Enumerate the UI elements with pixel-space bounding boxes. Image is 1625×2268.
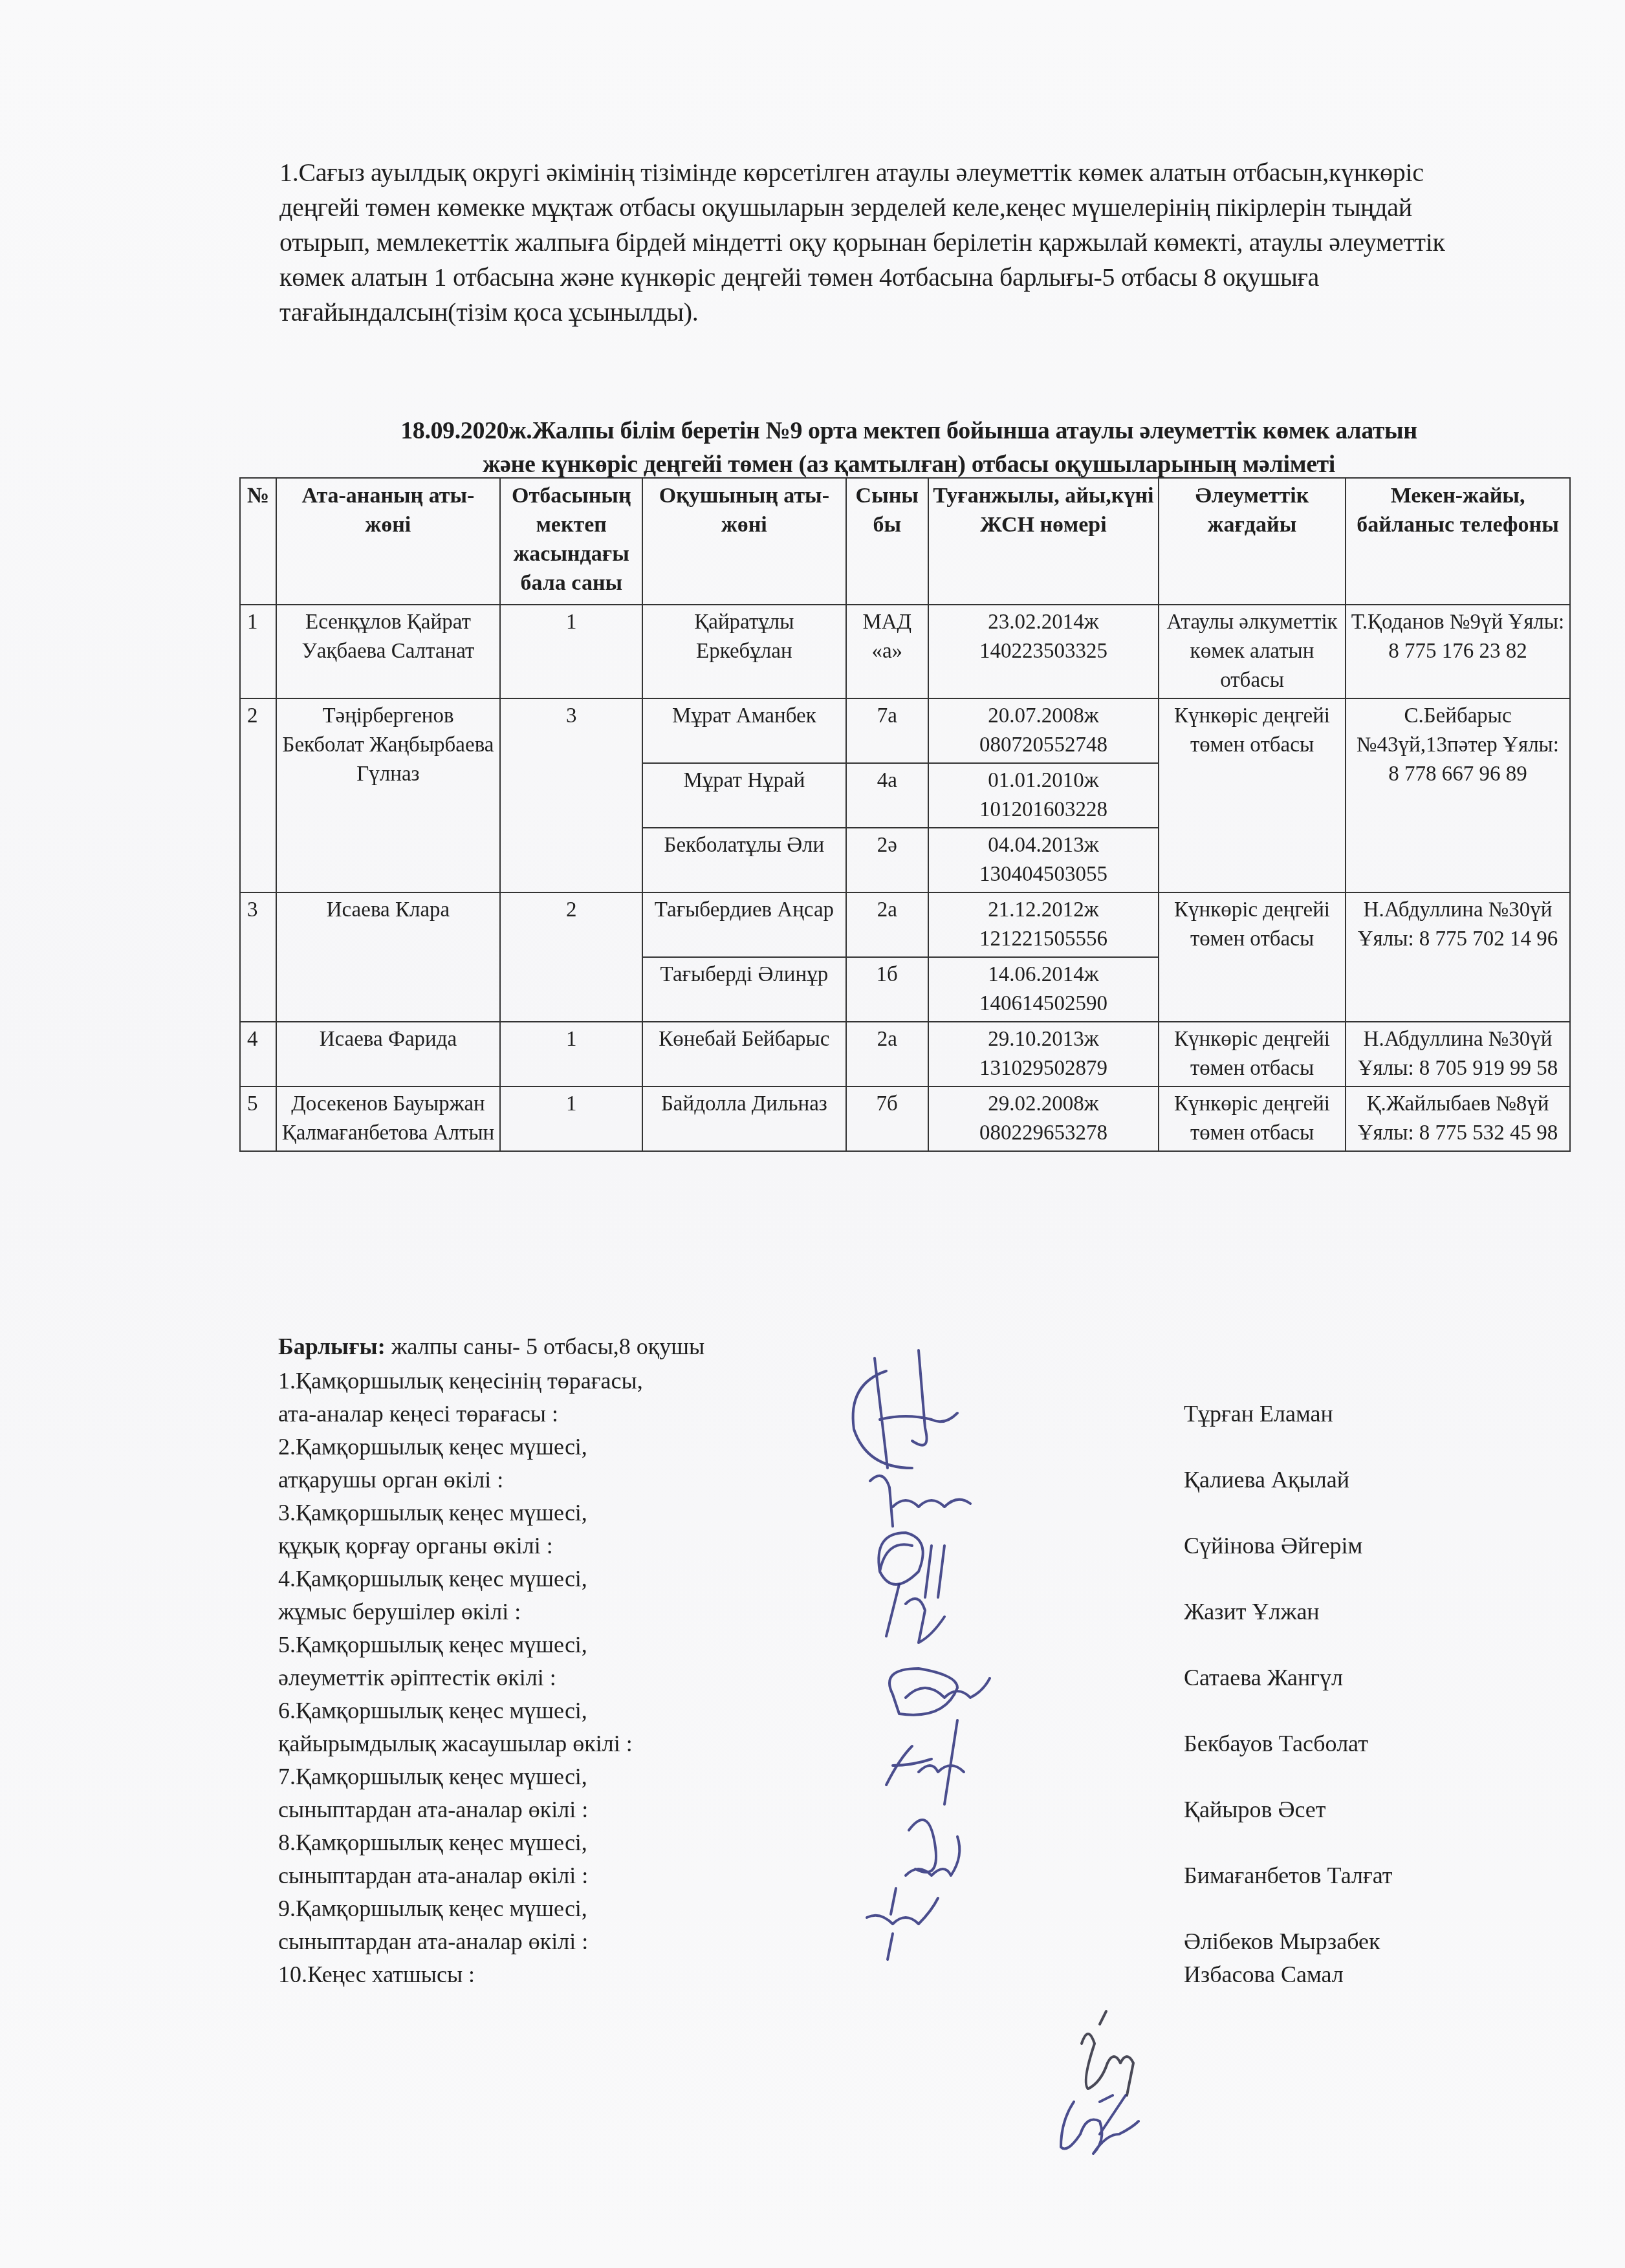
header-birth-iin: Туғанжылы, айы,күні ЖСН нөмері xyxy=(928,478,1159,605)
cell-birth-iin: 23.02.2014ж 140223503325 xyxy=(928,605,1159,698)
signer-name: Бекбауов Тасболат xyxy=(1184,1727,1368,1760)
cell-social-status: Күнкөріс деңгейі төмен отбасы xyxy=(1159,1022,1346,1086)
signer-role: 7.Қамқоршылық кеңес мүшесі, xyxy=(278,1760,1507,1793)
signer-name: Қайыров Әсет xyxy=(1184,1793,1326,1826)
cell-children-count: 1 xyxy=(500,1086,642,1151)
signer-row: 6.Қамқоршылық кеңес мүшесі,қайырымдылық … xyxy=(278,1694,1507,1760)
totals-label: Барлығы: xyxy=(278,1334,386,1359)
signer-row: 7.Қамқоршылық кеңес мүшесі,сыныптардан а… xyxy=(278,1760,1507,1826)
signer-role: 6.Қамқоршылық кеңес мүшесі, xyxy=(278,1694,1507,1727)
cell-grade: 2ә xyxy=(846,828,928,892)
signer-role: 5.Қамқоршылық кеңес мүшесі, xyxy=(278,1628,1507,1661)
cell-parents: Досекенов Бауыржан Қалмағанбетова Алтын xyxy=(276,1086,501,1151)
cell-grade: 7б xyxy=(846,1086,928,1151)
cell-address: С.Бейбарыс №43үй,13пәтер Ұялы: 8 778 667… xyxy=(1346,698,1570,892)
signer-row: 1.Қамқоршылық кеңесінің төрағасы,ата-ана… xyxy=(278,1365,1507,1431)
intro-paragraph: 1.Сағыз ауылдық округі әкімінің тізімінд… xyxy=(279,155,1496,330)
totals-line: Барлығы: жалпы саны- 5 отбасы,8 оқушы xyxy=(278,1331,704,1362)
cell-student-name: Көнебай Бейбарыс xyxy=(642,1022,846,1086)
signer-name: Қалиева Ақылай xyxy=(1184,1463,1349,1496)
signer-row: 9.Қамқоршылық кеңес мүшесі,сыныптардан а… xyxy=(278,1892,1507,1958)
signer-name: Избасова Самал xyxy=(1184,1958,1344,1991)
cell-grade: МАД «а» xyxy=(846,605,928,698)
cell-student-name: Бекболатұлы Әли xyxy=(642,828,846,892)
cell-student-name: Тағыберді Әлинұр xyxy=(642,957,846,1022)
signer-role: 1.Қамқоршылық кеңесінің төрағасы, xyxy=(278,1365,1507,1398)
signer-role: 9.Қамқоршылық кеңес мүшесі, xyxy=(278,1892,1507,1925)
table-title-line-2: және күнкөріс деңгейі төмен (аз қамтылға… xyxy=(246,448,1572,481)
header-parents: Ата-ананың аты-жөні xyxy=(276,478,501,605)
signers-list: 1.Қамқоршылық кеңесінің төрағасы,ата-ана… xyxy=(278,1365,1507,1991)
cell-social-status: Күнкөріс деңгейі төмен отбасы xyxy=(1159,698,1346,892)
cell-social-status: Күнкөріс деңгейі төмен отбасы xyxy=(1159,892,1346,1022)
table-row: 4Исаева Фарида1Көнебай Бейбарыс2а29.10.2… xyxy=(240,1022,1570,1086)
signer-row: 8.Қамқоршылық кеңес мүшесі,сыныптардан а… xyxy=(278,1826,1507,1892)
cell-children-count: 1 xyxy=(500,605,642,698)
cell-parents: Исаева Клара xyxy=(276,892,501,1022)
cell-grade: 2а xyxy=(846,892,928,957)
table-title-line-1: 18.09.2020ж.Жалпы білім беретін №9 орта … xyxy=(246,414,1572,448)
header-address: Мекен-жайы, байланыс телефоны xyxy=(1346,478,1570,605)
cell-grade: 1б xyxy=(846,957,928,1022)
cell-parents: Исаева Фарида xyxy=(276,1022,501,1086)
cell-no: 2 xyxy=(240,698,276,892)
signer-name: Әлібеков Мырзабек xyxy=(1184,1925,1380,1958)
table-header-row: № Ата-ананың аты-жөні Отбасының мектеп ж… xyxy=(240,478,1570,605)
cell-birth-iin: 01.01.2010ж 101201603228 xyxy=(928,763,1159,828)
cell-social-status: Күнкөріс деңгейі төмен отбасы xyxy=(1159,1086,1346,1151)
cell-grade: 2а xyxy=(846,1022,928,1086)
cell-address: Н.Абдуллина №30үй Ұялы: 8 775 702 14 96 xyxy=(1346,892,1570,1022)
table-row: 3Исаева Клара2Тағыбердиев Аңсар2а21.12.2… xyxy=(240,892,1570,957)
students-table: № Ата-ананың аты-жөні Отбасының мектеп ж… xyxy=(239,477,1571,1152)
cell-student-name: Қайратұлы Еркебұлан xyxy=(642,605,846,698)
signer-name: Сатаева Жангүл xyxy=(1184,1661,1343,1694)
signature-icon xyxy=(1082,2011,1133,2095)
header-social-status: Әлеуметтік жағдайы xyxy=(1159,478,1346,605)
table-row: 1Есенқұлов Қайрат Уақбаева Салтанат1Қайр… xyxy=(240,605,1570,698)
signer-role: 8.Қамқоршылық кеңес мүшесі, xyxy=(278,1826,1507,1859)
cell-student-name: Тағыбердиев Аңсар xyxy=(642,892,846,957)
cell-grade: 4а xyxy=(846,763,928,828)
cell-student-name: Мұрат Аманбек xyxy=(642,698,846,763)
signer-row: 5.Қамқоршылық кеңес мүшесі,әлеуметтік әр… xyxy=(278,1628,1507,1694)
table-title: 18.09.2020ж.Жалпы білім беретін №9 орта … xyxy=(246,414,1572,481)
cell-social-status: Атаулы әлкуметтік көмек алатын отбасы xyxy=(1159,605,1346,698)
cell-no: 3 xyxy=(240,892,276,1022)
signer-name: Бимағанбетов Талғат xyxy=(1184,1859,1392,1892)
table-body: 1Есенқұлов Қайрат Уақбаева Салтанат1Қайр… xyxy=(240,605,1570,1151)
signer-row: 2.Қамқоршылық кеңес мүшесі,атқарушы орга… xyxy=(278,1431,1507,1496)
signer-role-detail: жұмыс берушілер өкілі : xyxy=(278,1595,1507,1628)
cell-children-count: 2 xyxy=(500,892,642,1022)
signer-role: 2.Қамқоршылық кеңес мүшесі, xyxy=(278,1431,1507,1463)
cell-address: Т.Қоданов №9үй Ұялы: 8 775 176 23 82 xyxy=(1346,605,1570,698)
cell-birth-iin: 21.12.2012ж 121221505556 xyxy=(928,892,1159,957)
signer-row: 10.Кеңес хатшысы :Избасова Самал xyxy=(278,1958,1507,1991)
header-no: № xyxy=(240,478,276,605)
signature-icon xyxy=(1061,2095,1139,2154)
cell-student-name: Байдолла Дильназ xyxy=(642,1086,846,1151)
cell-children-count: 1 xyxy=(500,1022,642,1086)
signer-name: Тұрған Еламан xyxy=(1184,1398,1333,1431)
table-row: 5Досекенов Бауыржан Қалмағанбетова Алтын… xyxy=(240,1086,1570,1151)
header-grade: Сыныбы xyxy=(846,478,928,605)
cell-parents: Тәңірбергенов Бекболат Жаңбырбаева Гүлна… xyxy=(276,698,501,892)
header-student-name: Оқушының аты-жөні xyxy=(642,478,846,605)
cell-parents: Есенқұлов Қайрат Уақбаева Салтанат xyxy=(276,605,501,698)
cell-no: 5 xyxy=(240,1086,276,1151)
signer-row: 4.Қамқоршылық кеңес мүшесі,жұмыс берушіл… xyxy=(278,1562,1507,1628)
signer-role: 4.Қамқоршылық кеңес мүшесі, xyxy=(278,1562,1507,1595)
cell-birth-iin: 29.10.2013ж 131029502879 xyxy=(928,1022,1159,1086)
signer-name: Жазит Ұлжан xyxy=(1184,1595,1320,1628)
cell-address: Н.Абдуллина №30үй Ұялы: 8 705 919 99 58 xyxy=(1346,1022,1570,1086)
cell-student-name: Мұрат Нұрай xyxy=(642,763,846,828)
cell-birth-iin: 20.07.2008ж 080720552748 xyxy=(928,698,1159,763)
document-page: 1.Сағыз ауылдық округі әкімінің тізімінд… xyxy=(0,0,1625,2268)
cell-no: 1 xyxy=(240,605,276,698)
cell-children-count: 3 xyxy=(500,698,642,892)
signer-role: 3.Қамқоршылық кеңес мүшесі, xyxy=(278,1496,1507,1529)
cell-address: Қ.Жайлыбаев №8үй Ұялы: 8 775 532 45 98 xyxy=(1346,1086,1570,1151)
cell-no: 4 xyxy=(240,1022,276,1086)
cell-birth-iin: 04.04.2013ж 130404503055 xyxy=(928,828,1159,892)
table-row: 2Тәңірбергенов Бекболат Жаңбырбаева Гүлн… xyxy=(240,698,1570,763)
cell-birth-iin: 14.06.2014ж 140614502590 xyxy=(928,957,1159,1022)
cell-birth-iin: 29.02.2008ж 080229653278 xyxy=(928,1086,1159,1151)
totals-text: жалпы саны- 5 отбасы,8 оқушы xyxy=(386,1334,705,1359)
signer-name: Сүйінова Әйгерім xyxy=(1184,1529,1362,1562)
header-children-count: Отбасының мектеп жасындағы бала саны xyxy=(500,478,642,605)
cell-grade: 7а xyxy=(846,698,928,763)
signer-row: 3.Қамқоршылық кеңес мүшесі,құқық қорғау … xyxy=(278,1496,1507,1562)
